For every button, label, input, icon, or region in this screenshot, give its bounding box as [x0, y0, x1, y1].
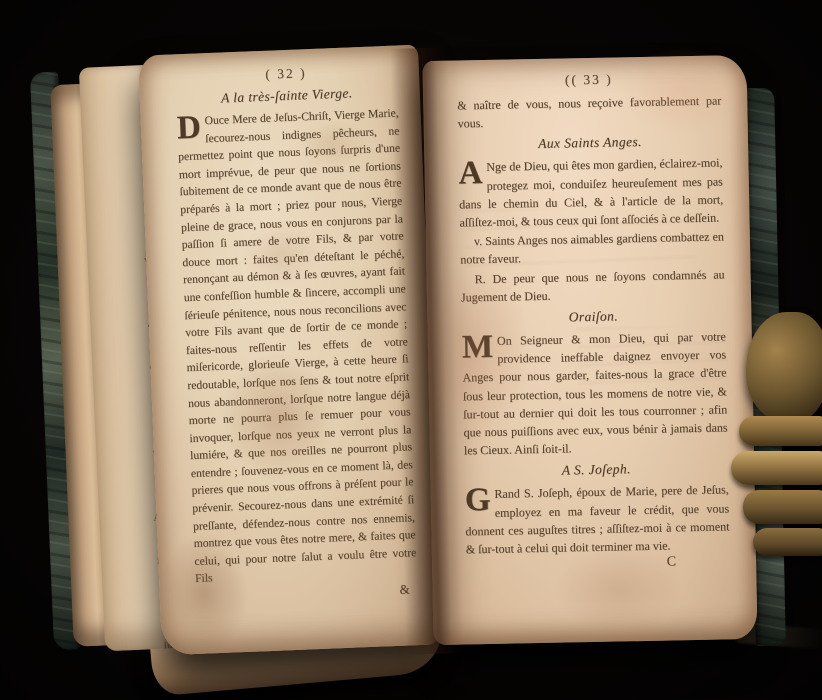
left-prayer-paragraph: DOuce Mere de Jeſus-Chriſt, Vierge Marie… — [176, 104, 417, 588]
continuation-paragraph: & naître de vous, nous reçoive favorable… — [457, 91, 722, 132]
left-page: ( 32 ) A la très-ſainte Vierge. DOuce Me… — [138, 45, 442, 656]
joseph-paragraph: GRand S. Joſeph, époux de Marie, pere de… — [465, 481, 730, 559]
drop-cap-d: D — [176, 112, 205, 142]
brass-clasp — [733, 312, 822, 568]
angels-heading: Aux Saints Anges. — [458, 133, 722, 154]
oraison-heading: Oraiſon. — [461, 306, 725, 327]
clasp-ridge — [739, 416, 822, 446]
clasp-ridge — [731, 451, 822, 485]
joseph-text: Rand S. Joſeph, époux de Marie, pere de … — [465, 483, 729, 557]
right-page: (( 33 ) & naître de vous, nous reçoive f… — [422, 55, 757, 645]
drop-cap-a: A — [458, 158, 486, 188]
right-page-number: (( 33 ) — [457, 69, 721, 90]
response-line: R. De peur que nous ne ſoyons condamnés … — [460, 265, 725, 306]
drop-cap-m: M — [462, 332, 498, 362]
left-prayer-text: Ouce Mere de Jeſus-Chriſt, Vierge Marie,… — [178, 106, 417, 585]
clasp-ridge — [753, 528, 822, 556]
angels-prayer-paragraph: ANge de Dieu, qui êtes mon gardien, écla… — [458, 154, 723, 232]
photo-background: ſc d p ſa te A p vo m re ad m co p ca ce… — [0, 0, 822, 700]
angels-prayer-text: Nge de Dieu, qui êtes mon gardien, éclai… — [459, 156, 723, 230]
oraison-paragraph: MOn Seigneur & mon Dieu, qui par votre p… — [462, 327, 728, 459]
oraison-text: On Seigneur & mon Dieu, qui par votre pr… — [462, 329, 727, 457]
clasp-ridge — [743, 490, 822, 524]
left-section-heading: A la très-ſainte Vierge. — [176, 83, 398, 108]
drop-cap-g: G — [465, 485, 495, 515]
left-page-number: ( 32 ) — [175, 61, 397, 86]
joseph-heading: A S. Joſeph. — [464, 460, 728, 481]
clasp-knob — [746, 312, 822, 424]
versicle-line: v. Saints Anges nos aimables gardiens co… — [460, 228, 725, 269]
